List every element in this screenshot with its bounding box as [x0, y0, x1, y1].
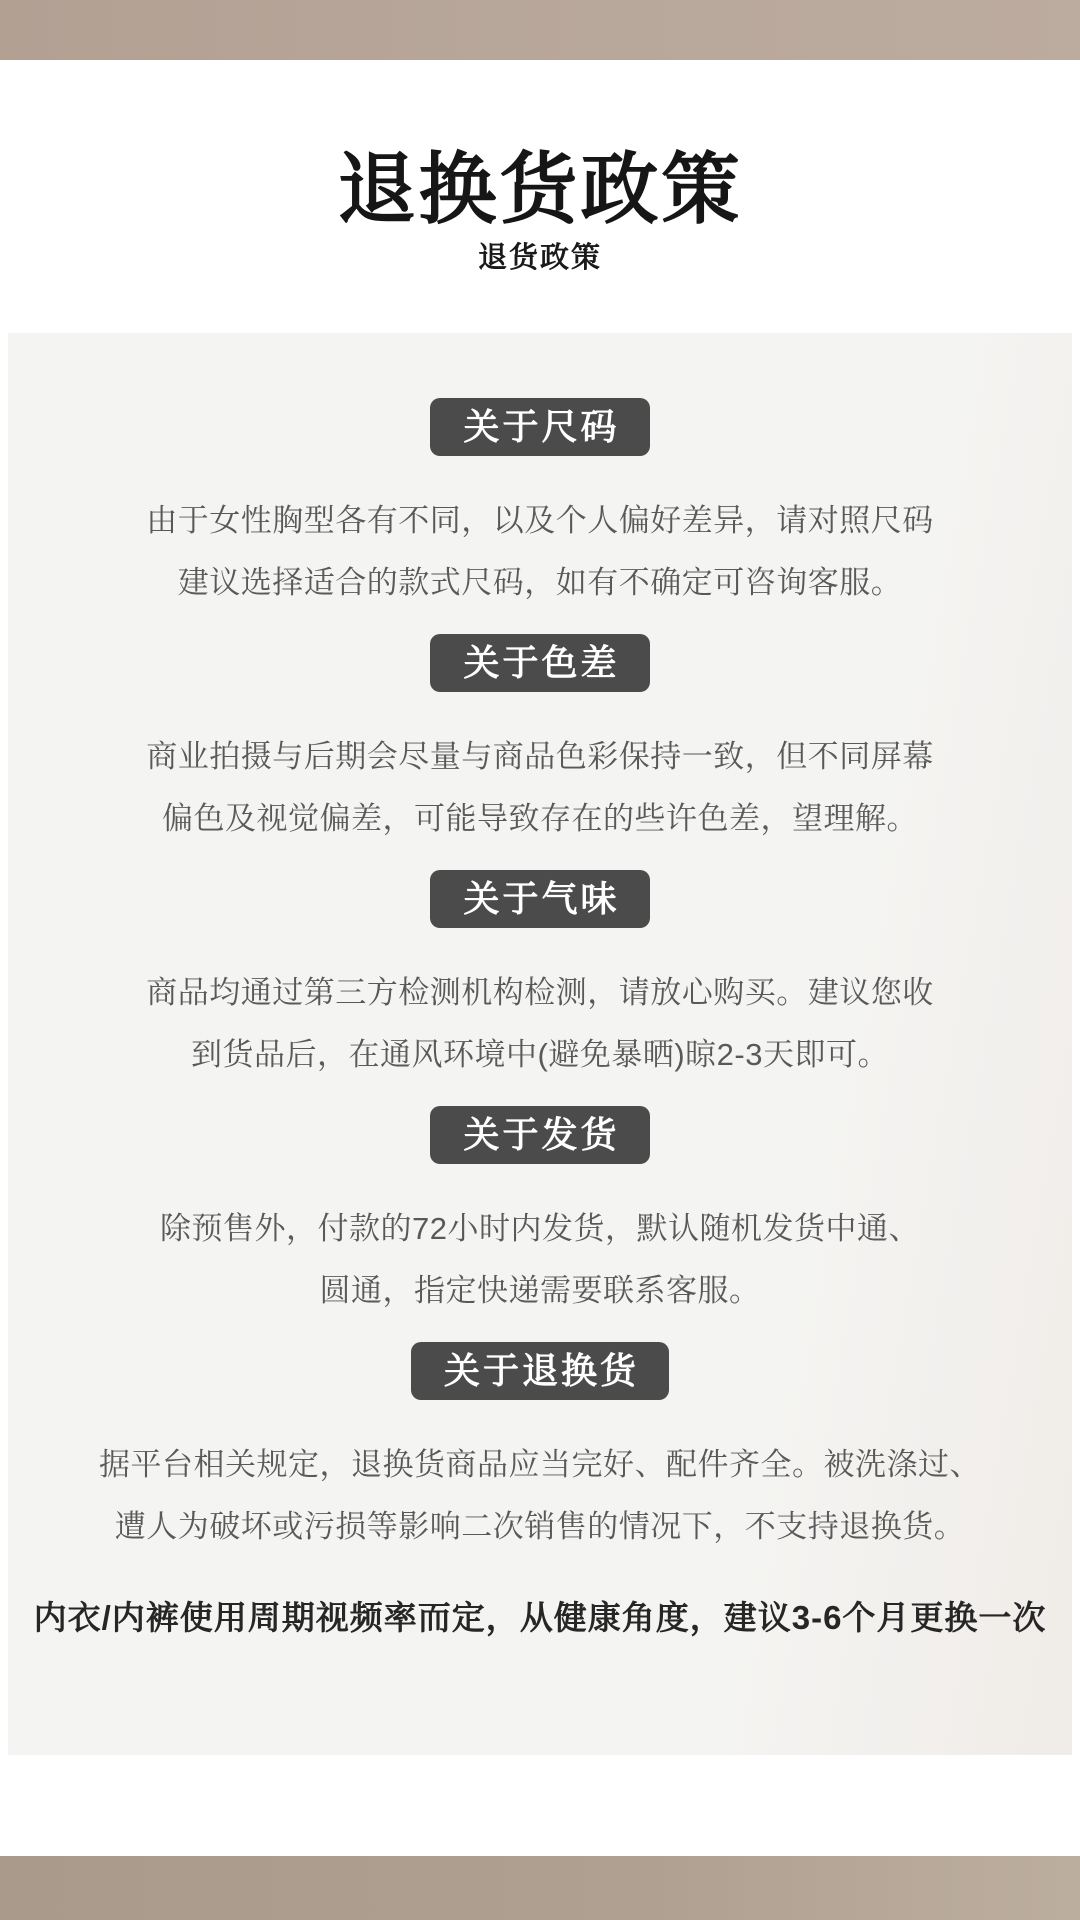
badge-size: 关于尺码 [430, 398, 649, 456]
section-size-text-line1: 由于女性胸型各有不同，以及个人偏好差异，请对照尺码 [8, 490, 1072, 552]
section-odor-text-line1: 商品均通过第三方检测机构检测，请放心购买。建议您收 [8, 962, 1072, 1024]
section-returns: 关于退换货 据平台相关规定，退换货商品应当完好、配件齐全。被洗涤过、 遭人为破坏… [8, 1342, 1072, 1558]
section-returns-text-line1: 据平台相关规定，退换货商品应当完好、配件齐全。被洗涤过、 [8, 1434, 1072, 1496]
page-header: 退换货政策 退货政策 [0, 150, 1080, 273]
section-shipping-text-line1: 除预售外，付款的72小时内发货，默认随机发货中通、 [8, 1198, 1072, 1260]
badge-returns: 关于退换货 [411, 1342, 669, 1400]
section-odor-text-line2: 到货品后，在通风环境中(避免暴晒)晾2-3天即可。 [8, 1024, 1072, 1086]
bottom-banner [0, 1856, 1080, 1920]
section-size: 关于尺码 由于女性胸型各有不同，以及个人偏好差异，请对照尺码 建议选择适合的款式… [8, 398, 1072, 614]
badge-color-difference: 关于色差 [430, 634, 649, 692]
section-shipping: 关于发货 除预售外，付款的72小时内发货，默认随机发货中通、 圆通，指定快递需要… [8, 1106, 1072, 1322]
section-color-difference-text-line1: 商业拍摄与后期会尽量与商品色彩保持一致，但不同屏幕 [8, 726, 1072, 788]
section-odor: 关于气味 商品均通过第三方检测机构检测，请放心购买。建议您收 到货品后，在通风环… [8, 870, 1072, 1086]
section-color-difference-text-line2: 偏色及视觉偏差，可能导致存在的些许色差，望理解。 [8, 788, 1072, 850]
section-color-difference: 关于色差 商业拍摄与后期会尽量与商品色彩保持一致，但不同屏幕 偏色及视觉偏差，可… [8, 634, 1072, 850]
section-shipping-text-line2: 圆通，指定快递需要联系客服。 [8, 1260, 1072, 1322]
replacement-advice-note: 内衣/内裤使用周期视频率而定，从健康角度，建议3-6个月更换一次 [8, 1598, 1072, 1638]
policy-card: 关于尺码 由于女性胸型各有不同，以及个人偏好差异，请对照尺码 建议选择适合的款式… [8, 333, 1072, 1755]
page-title: 退换货政策 [0, 150, 1080, 228]
section-size-text-line2: 建议选择适合的款式尺码，如有不确定可咨询客服。 [8, 552, 1072, 614]
badge-shipping: 关于发货 [430, 1106, 649, 1164]
section-returns-text-line2: 遭人为破坏或污损等影响二次销售的情况下，不支持退换货。 [8, 1496, 1072, 1558]
badge-odor: 关于气味 [430, 870, 649, 928]
top-banner [0, 0, 1080, 60]
page-subtitle: 退货政策 [0, 244, 1080, 273]
